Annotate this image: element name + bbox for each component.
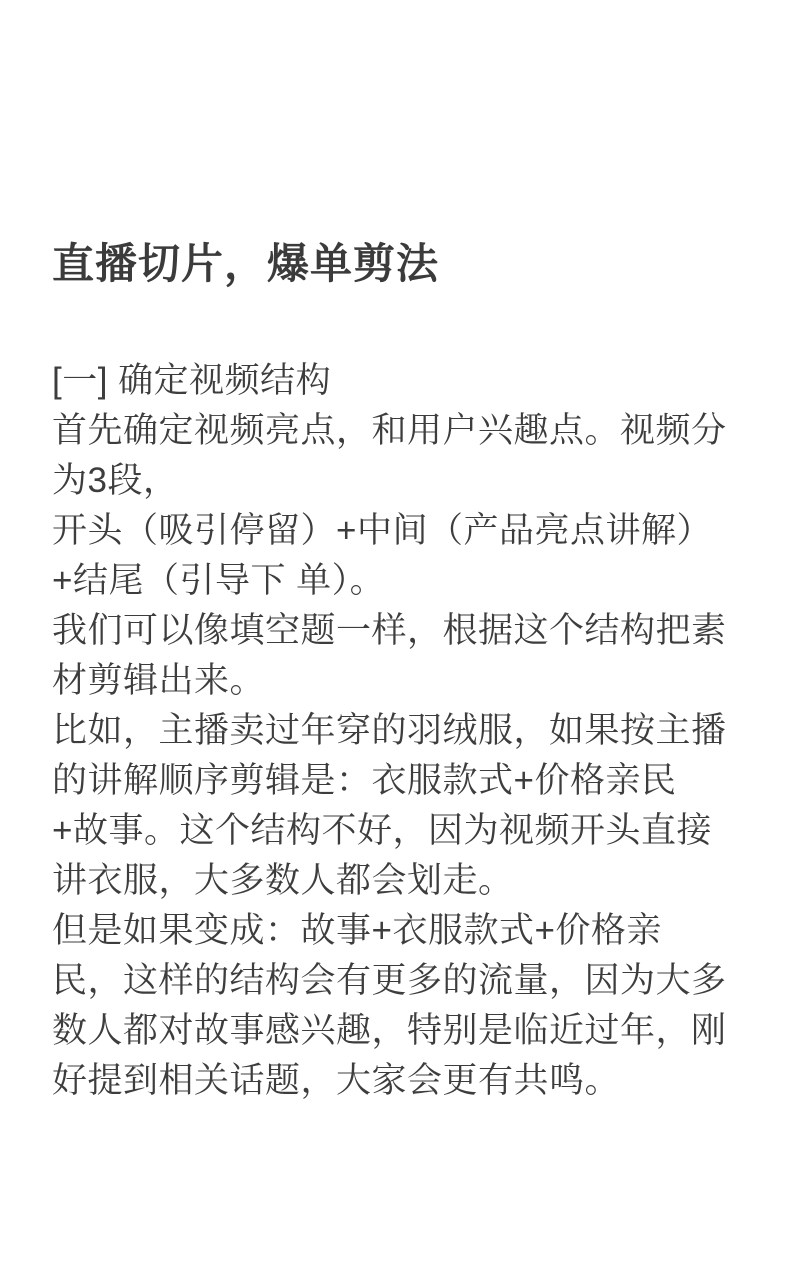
body-line: 为3段， (52, 456, 758, 506)
body-line: 的讲解顺序剪辑是：衣服款式+价格亲民 (52, 756, 758, 806)
body-line: 首先确定视频亮点，和用户兴趣点。视频分 (52, 406, 758, 456)
body-line: 好提到相关话题，大家会更有共鸣。 (52, 1056, 758, 1106)
document-page: 直播切片，爆单剪法 [一] 确定视频结构 首先确定视频亮点，和用户兴趣点。视频分… (0, 0, 800, 1272)
body-line: 比如，主播卖过年穿的羽绒服，如果按主播 (52, 706, 758, 756)
page-title: 直播切片，爆单剪法 (52, 240, 758, 288)
article-content: 直播切片，爆单剪法 [一] 确定视频结构 首先确定视频亮点，和用户兴趣点。视频分… (52, 240, 758, 1106)
body-line: 民，这样的结构会有更多的流量，因为大多 (52, 956, 758, 1006)
body-line: 数人都对故事感兴趣，特别是临近过年，刚 (52, 1006, 758, 1056)
article-body: [一] 确定视频结构 首先确定视频亮点，和用户兴趣点。视频分 为3段， 开头（吸… (52, 356, 758, 1106)
body-line: 开头（吸引停留）+中间（产品亮点讲解） (52, 506, 758, 556)
body-line: +故事。这个结构不好，因为视频开头直接 (52, 806, 758, 856)
body-line: 讲衣服，大多数人都会划走。 (52, 856, 758, 906)
section-heading: [一] 确定视频结构 (52, 356, 758, 406)
body-line: 我们可以像填空题一样，根据这个结构把素 (52, 606, 758, 656)
body-line: 但是如果变成：故事+衣服款式+价格亲 (52, 906, 758, 956)
body-line: 材剪辑出来。 (52, 656, 758, 706)
body-line: +结尾（引导下 单）。 (52, 556, 758, 606)
